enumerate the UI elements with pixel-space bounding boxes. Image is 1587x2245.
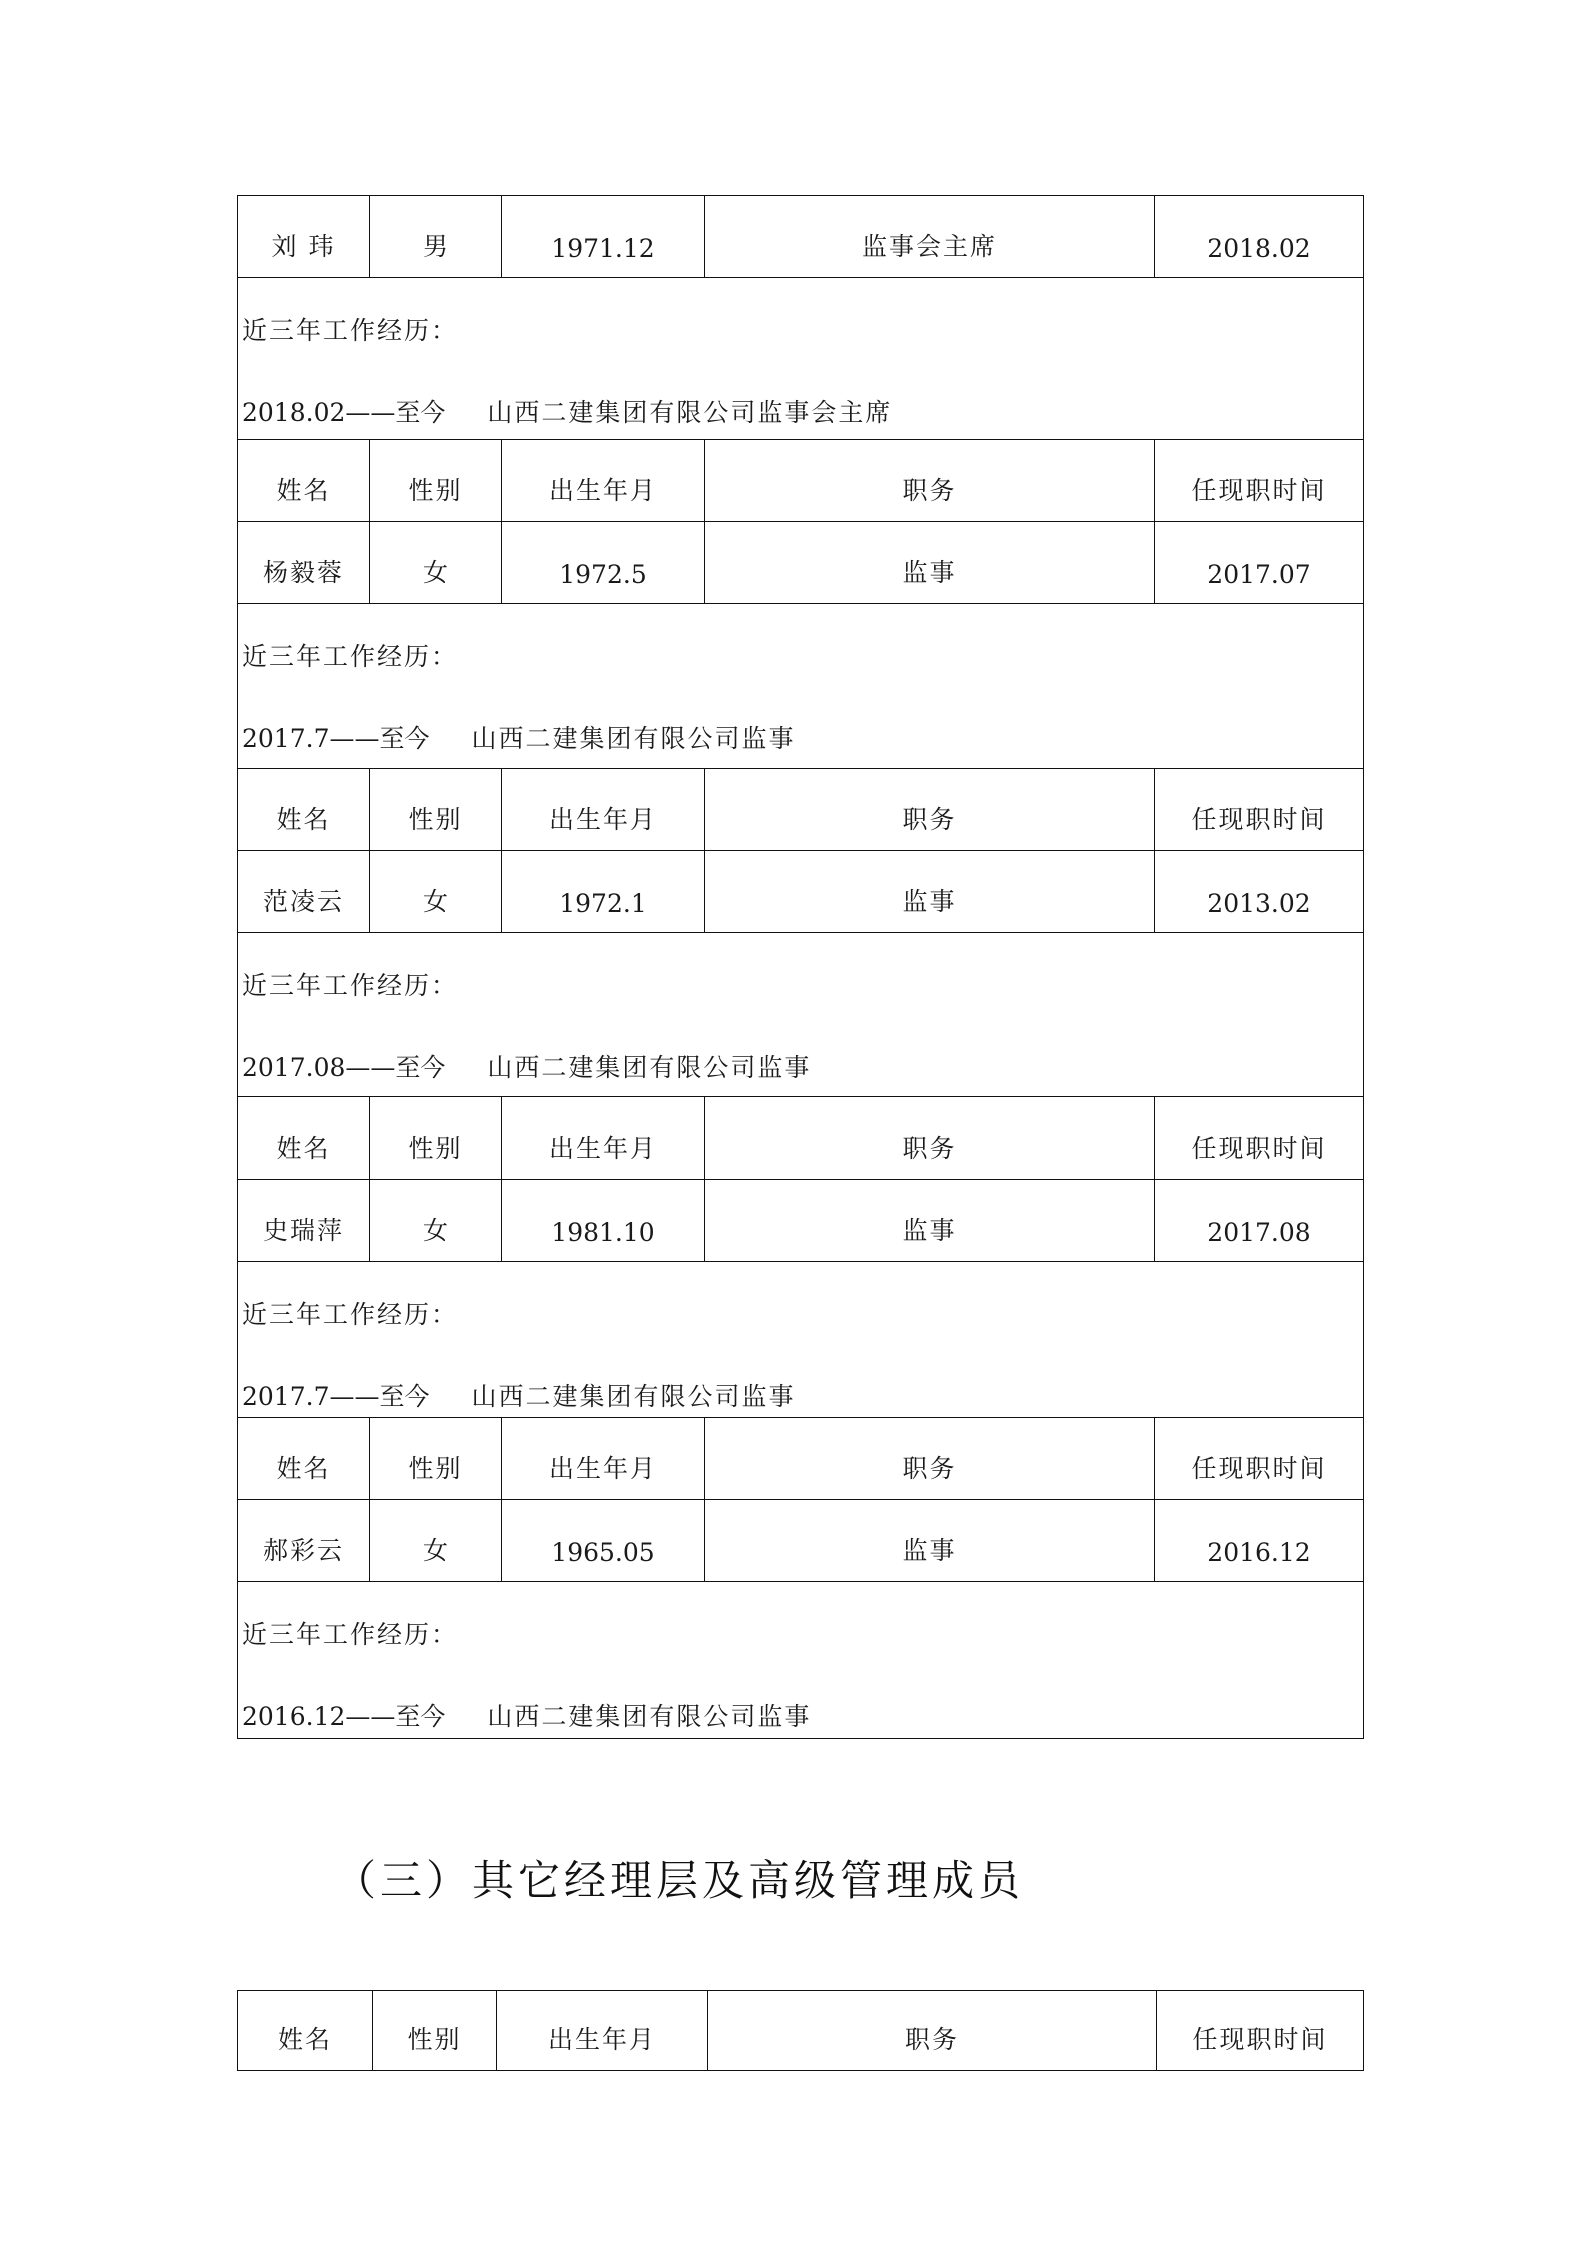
experience-row: 近三年工作经历： 2018.02——至今山西二建集团有限公司监事会主席: [238, 278, 1364, 440]
experience-label: 近三年工作经历：: [242, 1300, 1363, 1330]
person-row: 史瑞萍 女 1981.10 监事 2017.08: [238, 1180, 1364, 1262]
header-row: 姓名 性别 出生年月 职务 任现职时间: [238, 769, 1364, 851]
experience-entry: 2017.7——至今山西二建集团有限公司监事: [242, 724, 1363, 754]
position-cell: 监事: [705, 1500, 1155, 1582]
col-header-birth: 出生年月: [497, 1991, 708, 2071]
experience-detail: 山西二建集团有限公司监事: [487, 1053, 811, 1082]
experience-entry: 2016.12——至今山西二建集团有限公司监事: [242, 1702, 1363, 1732]
experience-detail: 山西二建集团有限公司监事会主席: [487, 398, 892, 427]
experience-row: 近三年工作经历： 2017.7——至今山西二建集团有限公司监事: [238, 604, 1364, 769]
gender-cell: 女: [370, 1180, 502, 1262]
name-cell: 史瑞萍: [238, 1180, 370, 1262]
col-header-position: 职务: [705, 440, 1155, 522]
experience-detail: 山西二建集团有限公司监事: [471, 724, 795, 753]
col-header-since: 任现职时间: [1155, 1418, 1364, 1500]
experience-row: 近三年工作经历： 2017.08——至今山西二建集团有限公司监事: [238, 933, 1364, 1097]
birth-cell: 1971.12: [502, 196, 705, 278]
since-cell: 2017.07: [1155, 522, 1364, 604]
experience-period: 2017.08——至今: [242, 1053, 445, 1082]
col-header-name: 姓名: [238, 1097, 370, 1180]
position-cell: 监事: [705, 522, 1155, 604]
col-header-name: 姓名: [238, 1991, 373, 2071]
gender-cell: 女: [370, 522, 502, 604]
col-header-birth: 出生年月: [502, 1097, 705, 1180]
supervisors-table: 刘 玮 男 1971.12 监事会主席 2018.02 近三年工作经历： 201…: [237, 195, 1364, 1739]
col-header-since: 任现职时间: [1155, 769, 1364, 851]
position-cell: 监事: [705, 1180, 1155, 1262]
col-header-position: 职务: [705, 769, 1155, 851]
col-header-position: 职务: [705, 1418, 1155, 1500]
experience-cell: 近三年工作经历： 2017.08——至今山西二建集团有限公司监事: [238, 933, 1364, 1097]
experience-label: 近三年工作经历：: [242, 1620, 1363, 1650]
person-row: 杨毅蓉 女 1972.5 监事 2017.07: [238, 522, 1364, 604]
person-row: 郝彩云 女 1965.05 监事 2016.12: [238, 1500, 1364, 1582]
col-header-position: 职务: [708, 1991, 1157, 2071]
person-row: 范凌云 女 1972.1 监事 2013.02: [238, 851, 1364, 933]
experience-label: 近三年工作经历：: [242, 642, 1363, 672]
name-cell: 杨毅蓉: [238, 522, 370, 604]
col-header-since: 任现职时间: [1155, 1097, 1364, 1180]
experience-row: 近三年工作经历： 2017.7——至今山西二建集团有限公司监事: [238, 1262, 1364, 1418]
header-row: 姓名 性别 出生年月 职务 任现职时间: [238, 1418, 1364, 1500]
experience-label: 近三年工作经历：: [242, 316, 1363, 346]
experience-entry: 2017.7——至今山西二建集团有限公司监事: [242, 1382, 1363, 1412]
col-header-name: 姓名: [238, 1418, 370, 1500]
since-cell: 2016.12: [1155, 1500, 1364, 1582]
name-cell: 刘 玮: [238, 196, 370, 278]
experience-period: 2017.7——至今: [242, 1382, 429, 1411]
since-cell: 2013.02: [1155, 851, 1364, 933]
col-header-gender: 性别: [373, 1991, 497, 2071]
experience-period: 2018.02——至今: [242, 398, 445, 427]
experience-detail: 山西二建集团有限公司监事: [487, 1702, 811, 1731]
col-header-gender: 性别: [370, 1097, 502, 1180]
col-header-gender: 性别: [370, 1418, 502, 1500]
name-cell: 范凌云: [238, 851, 370, 933]
experience-entry: 2017.08——至今山西二建集团有限公司监事: [242, 1053, 1363, 1083]
col-header-birth: 出生年月: [502, 1418, 705, 1500]
birth-cell: 1965.05: [502, 1500, 705, 1582]
header-row: 姓名 性别 出生年月 职务 任现职时间: [238, 1991, 1364, 2071]
header-row: 姓名 性别 出生年月 职务 任现职时间: [238, 440, 1364, 522]
col-header-since: 任现职时间: [1155, 440, 1364, 522]
col-header-gender: 性别: [370, 440, 502, 522]
position-cell: 监事会主席: [705, 196, 1155, 278]
gender-cell: 女: [370, 1500, 502, 1582]
experience-cell: 近三年工作经历： 2017.7——至今山西二建集团有限公司监事: [238, 604, 1364, 769]
col-header-since: 任现职时间: [1157, 1991, 1364, 2071]
col-header-name: 姓名: [238, 440, 370, 522]
section-heading: （三）其它经理层及高级管理成员: [334, 1848, 1024, 1908]
col-header-name: 姓名: [238, 769, 370, 851]
person-row: 刘 玮 男 1971.12 监事会主席 2018.02: [238, 196, 1364, 278]
gender-cell: 男: [370, 196, 502, 278]
experience-cell: 近三年工作经历： 2016.12——至今山西二建集团有限公司监事: [238, 1582, 1364, 1739]
birth-cell: 1981.10: [502, 1180, 705, 1262]
birth-cell: 1972.1: [502, 851, 705, 933]
birth-cell: 1972.5: [502, 522, 705, 604]
since-cell: 2017.08: [1155, 1180, 1364, 1262]
since-cell: 2018.02: [1155, 196, 1364, 278]
experience-period: 2017.7——至今: [242, 724, 429, 753]
col-header-birth: 出生年月: [502, 440, 705, 522]
experience-cell: 近三年工作经历： 2018.02——至今山西二建集团有限公司监事会主席: [238, 278, 1364, 440]
col-header-birth: 出生年月: [502, 769, 705, 851]
experience-entry: 2018.02——至今山西二建集团有限公司监事会主席: [242, 398, 1363, 428]
experience-label: 近三年工作经历：: [242, 971, 1363, 1001]
experience-cell: 近三年工作经历： 2017.7——至今山西二建集团有限公司监事: [238, 1262, 1364, 1418]
col-header-gender: 性别: [370, 769, 502, 851]
name-cell: 郝彩云: [238, 1500, 370, 1582]
experience-detail: 山西二建集团有限公司监事: [471, 1382, 795, 1411]
position-cell: 监事: [705, 851, 1155, 933]
experience-period: 2016.12——至今: [242, 1702, 445, 1731]
gender-cell: 女: [370, 851, 502, 933]
header-row: 姓名 性别 出生年月 职务 任现职时间: [238, 1097, 1364, 1180]
experience-row: 近三年工作经历： 2016.12——至今山西二建集团有限公司监事: [238, 1582, 1364, 1739]
managers-table: 姓名 性别 出生年月 职务 任现职时间: [237, 1990, 1364, 2071]
col-header-position: 职务: [705, 1097, 1155, 1180]
